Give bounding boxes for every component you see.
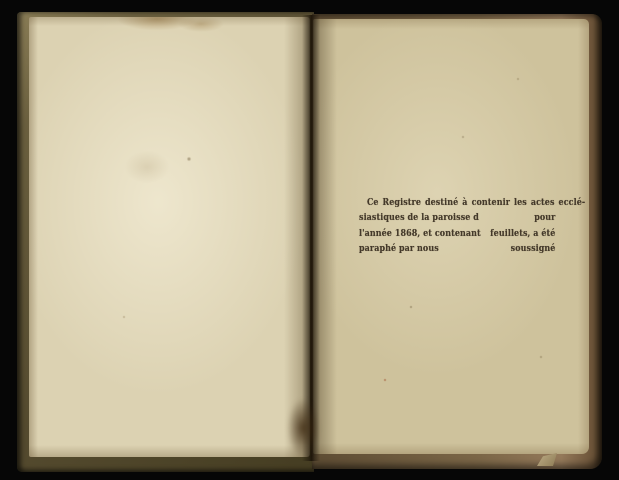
notice-line-text: paraphé par nous: [359, 242, 439, 257]
left-page: [29, 17, 310, 457]
notice-line: Ce Registre destiné à contenir les actes…: [359, 196, 555, 211]
notice-line: paraphé par nous soussigné: [359, 242, 555, 257]
page-gutter: [302, 15, 320, 461]
notice-line: siastiques de la paroisse d pour: [359, 211, 555, 226]
gutter-stain: [287, 398, 319, 458]
notice-line-text: Ce Registre destiné à contenir les actes…: [359, 196, 585, 211]
notice-line-text: feuillets, a été: [490, 227, 555, 242]
notice-line-text: pour: [534, 211, 555, 226]
notice-line-text: soussigné: [511, 242, 556, 257]
scan-background: Ce Registre destiné à contenir les actes…: [0, 0, 619, 480]
printed-notice: Ce Registre destiné à contenir les actes…: [359, 196, 555, 258]
notice-line-text: l'année 1868, et contenant: [359, 227, 481, 242]
notice-line: l'année 1868, et contenant feuillets, a …: [359, 227, 555, 242]
right-page: Ce Registre destiné à contenir les actes…: [313, 19, 589, 454]
notice-line-text: siastiques de la paroisse d: [359, 211, 479, 226]
